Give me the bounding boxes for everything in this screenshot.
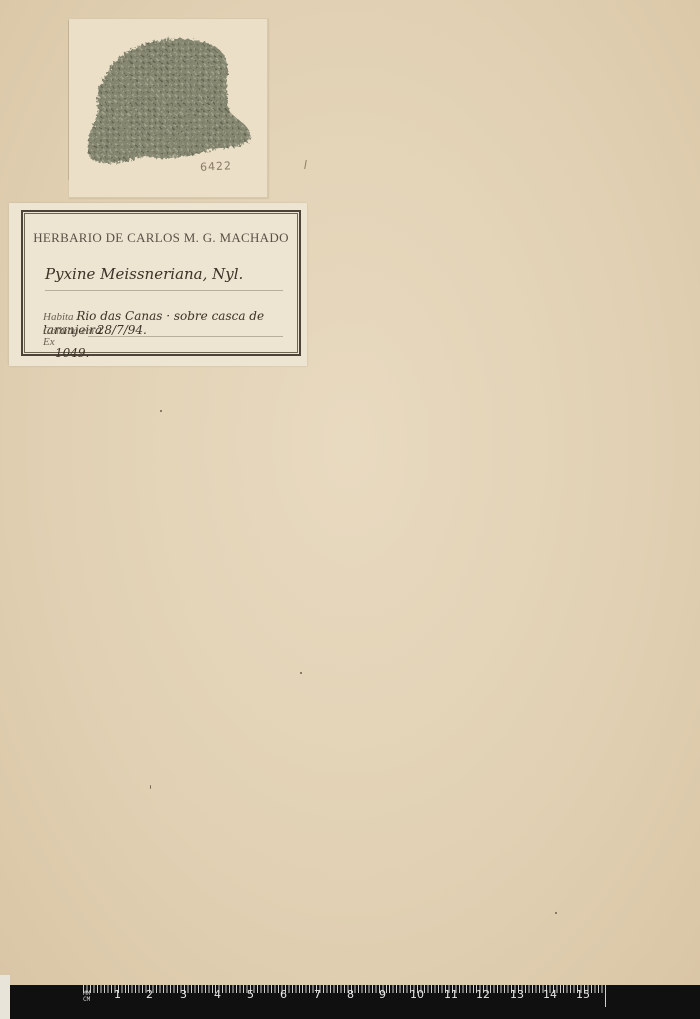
speck — [555, 912, 557, 914]
herbarium-label: HERBARIO DE CARLOS M. G. MACHADO Pyxine … — [9, 203, 307, 366]
speck — [150, 785, 151, 789]
ruler-mark: 8 — [347, 988, 354, 1001]
ruler-ticks — [83, 985, 605, 993]
ruler-unit-label: MM CM — [83, 991, 90, 1003]
ruler-mark: 4 — [214, 988, 221, 1001]
speck — [160, 410, 162, 412]
ruler-mark: 6 — [280, 988, 287, 1001]
ruler-mark: 15 — [576, 988, 590, 1001]
packet-fold — [68, 20, 83, 180]
collected-row: Colhida em 28/7/94. — [43, 323, 283, 337]
ruler-scale: MM CM 1 2 3 4 5 6 7 8 9 10 11 12 13 14 1… — [83, 985, 606, 1007]
speck — [300, 672, 302, 674]
ruler-mark: 9 — [379, 988, 386, 1001]
ruler-mark: 12 — [476, 988, 490, 1001]
sheet-edge — [0, 975, 10, 1019]
collected-date: 28/7/94. — [97, 323, 147, 337]
ruler-mark: 1 — [114, 988, 121, 1001]
ruler-mark: 13 — [510, 988, 524, 1001]
ruler-mark: 14 — [543, 988, 557, 1001]
ruler-mark: 11 — [444, 988, 458, 1001]
taxon-underline — [45, 290, 283, 291]
ruler-mark: 3 — [180, 988, 187, 1001]
catalog-number: 1049. — [55, 346, 89, 360]
lichen-specimen — [84, 34, 254, 169]
ruler-mark: 5 — [247, 988, 254, 1001]
ruler-mark: 10 — [410, 988, 424, 1001]
habitat-label: Habita — [43, 311, 74, 323]
specimen-number: 6422 — [200, 159, 233, 174]
ex-label: Ex — [43, 336, 55, 348]
taxon-name: Pyxine Meissneriana, Nyl. — [45, 265, 243, 283]
label-header: HERBARIO DE CARLOS M. G. MACHADO — [23, 230, 299, 246]
catalog-row: 1049. — [55, 346, 283, 360]
label-border: HERBARIO DE CARLOS M. G. MACHADO Pyxine … — [21, 210, 301, 356]
scale-ruler: MM CM 1 2 3 4 5 6 7 8 9 10 11 12 13 14 1… — [10, 985, 700, 1019]
ruler-mark: 7 — [314, 988, 321, 1001]
ruler-mark: 2 — [146, 988, 153, 1001]
